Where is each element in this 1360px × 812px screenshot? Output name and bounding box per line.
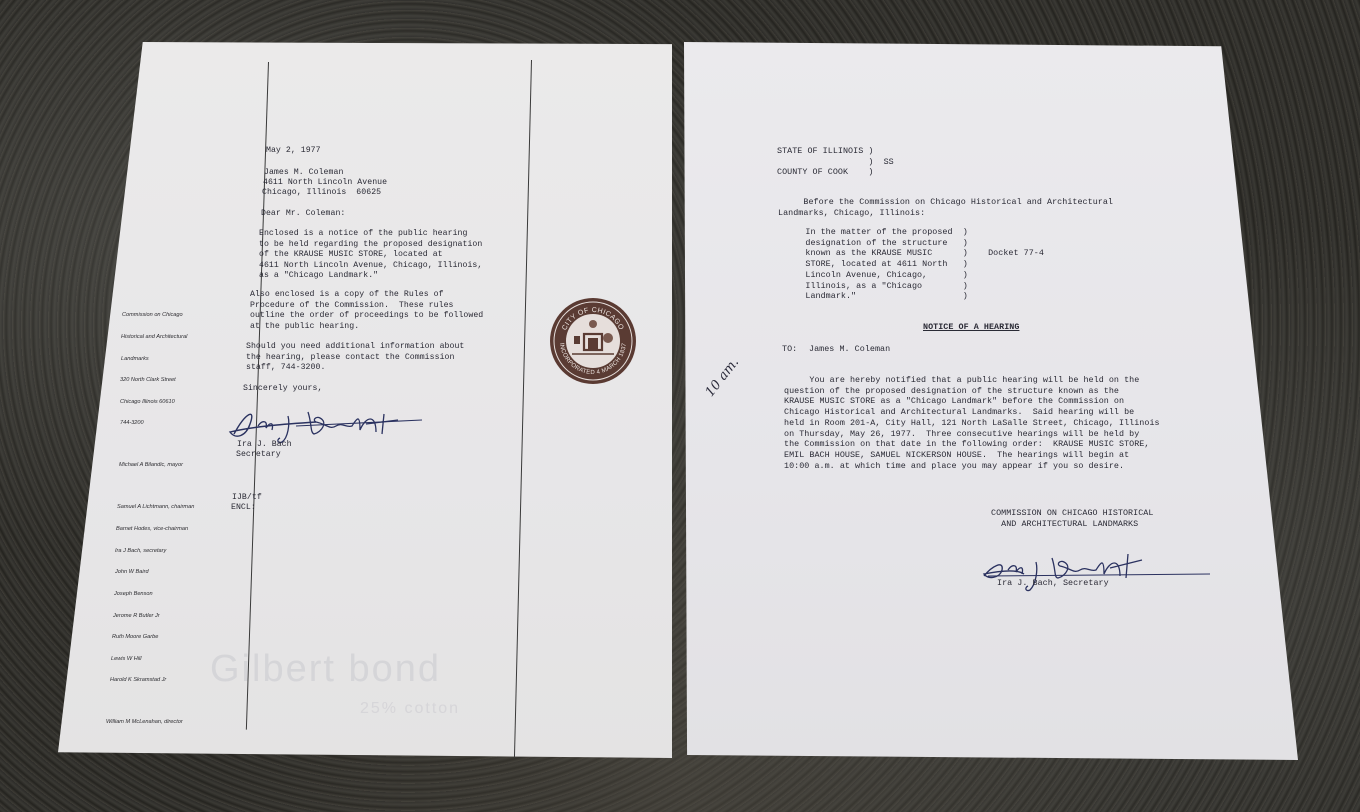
jurisdiction-caption: STATE OF ILLINOIS ) ) SS COUNTY OF COOK … [777, 146, 894, 178]
notice-body: You are hereby notified that a public he… [784, 375, 1160, 471]
commission-signature-block: COMMISSION ON CHICAGO HISTORICAL AND ARC… [991, 508, 1153, 529]
paper-watermark: Gilbert bond [210, 648, 441, 691]
letterhead-org-line: Historical and Architectural [121, 334, 194, 341]
to-name: James M. Coleman [809, 344, 890, 355]
letterhead-member: Harold K Skramstad Jr [110, 677, 194, 684]
letter-closing: Sincerely yours, [243, 384, 322, 395]
letterhead-member: Lewis W Hill [111, 656, 194, 663]
notice-preamble: Before the Commission on Chicago Histori… [778, 197, 1113, 218]
letterhead-director: William M McLenahan, director [106, 719, 194, 726]
letterhead-org-line: Landmarks [121, 356, 194, 363]
letterhead-member: Ruth Moore Garbe [112, 634, 194, 641]
signer-name: Ira J. Bach [237, 440, 292, 451]
signer-title: Secretary [236, 450, 281, 461]
letter-paragraph-2: Also enclosed is a copy of the Rules of … [250, 290, 483, 332]
letterhead-member: John W Baird [115, 569, 194, 576]
letterhead-sidebar: Commission on Chicago Historical and Arc… [96, 298, 194, 734]
enclosure-note: ENCL: [231, 503, 256, 514]
notice-signer: Ira J. Bach, Secretary [997, 578, 1109, 589]
letter-paragraph-3: Should you need additional information a… [246, 342, 464, 374]
recipient-name: James M. Coleman [264, 168, 343, 179]
letter-date: May 2, 1977 [266, 146, 321, 157]
letterhead-phone: 744-3200 [120, 420, 194, 427]
matter-caption: In the matter of the proposed ) designat… [780, 227, 1044, 302]
letterhead-member: Samuel A Lichtmann, chairman [117, 504, 194, 511]
letterhead-member: Barnet Hodes, vice-chairman [116, 526, 194, 533]
city-seal-icon: CITY OF CHICAGO INCORPORATED 4 MARCH 183… [550, 298, 636, 384]
letterhead-member: Jerome R Butler Jr [113, 613, 194, 620]
to-label: TO: [782, 344, 797, 355]
reference-initials: IJB/tf [232, 493, 262, 504]
letterhead-mayor: Michael A Bilandic, mayor [119, 462, 194, 469]
letterhead-org-line: Commission on Chicago [122, 312, 194, 319]
signature-ira-bach-notice [978, 548, 1218, 596]
letterhead-member: Ira J Bach, secretary [115, 548, 194, 555]
recipient-street: 4611 North Lincoln Avenue [263, 178, 387, 189]
letterhead-city: Chicago Illinois 60610 [120, 399, 194, 406]
notice-title: NOTICE OF A HEARING [923, 322, 1019, 333]
paper-watermark-sub: 25% cotton [360, 700, 460, 718]
salutation: Dear Mr. Coleman: [261, 209, 345, 220]
letterhead-address: 320 North Clark Street [120, 377, 194, 384]
recipient-city: Chicago, Illinois 60625 [262, 188, 381, 199]
letterhead-member: Joseph Benson [114, 591, 194, 598]
letter-paragraph-1: Enclosed is a notice of the public heari… [259, 229, 482, 282]
